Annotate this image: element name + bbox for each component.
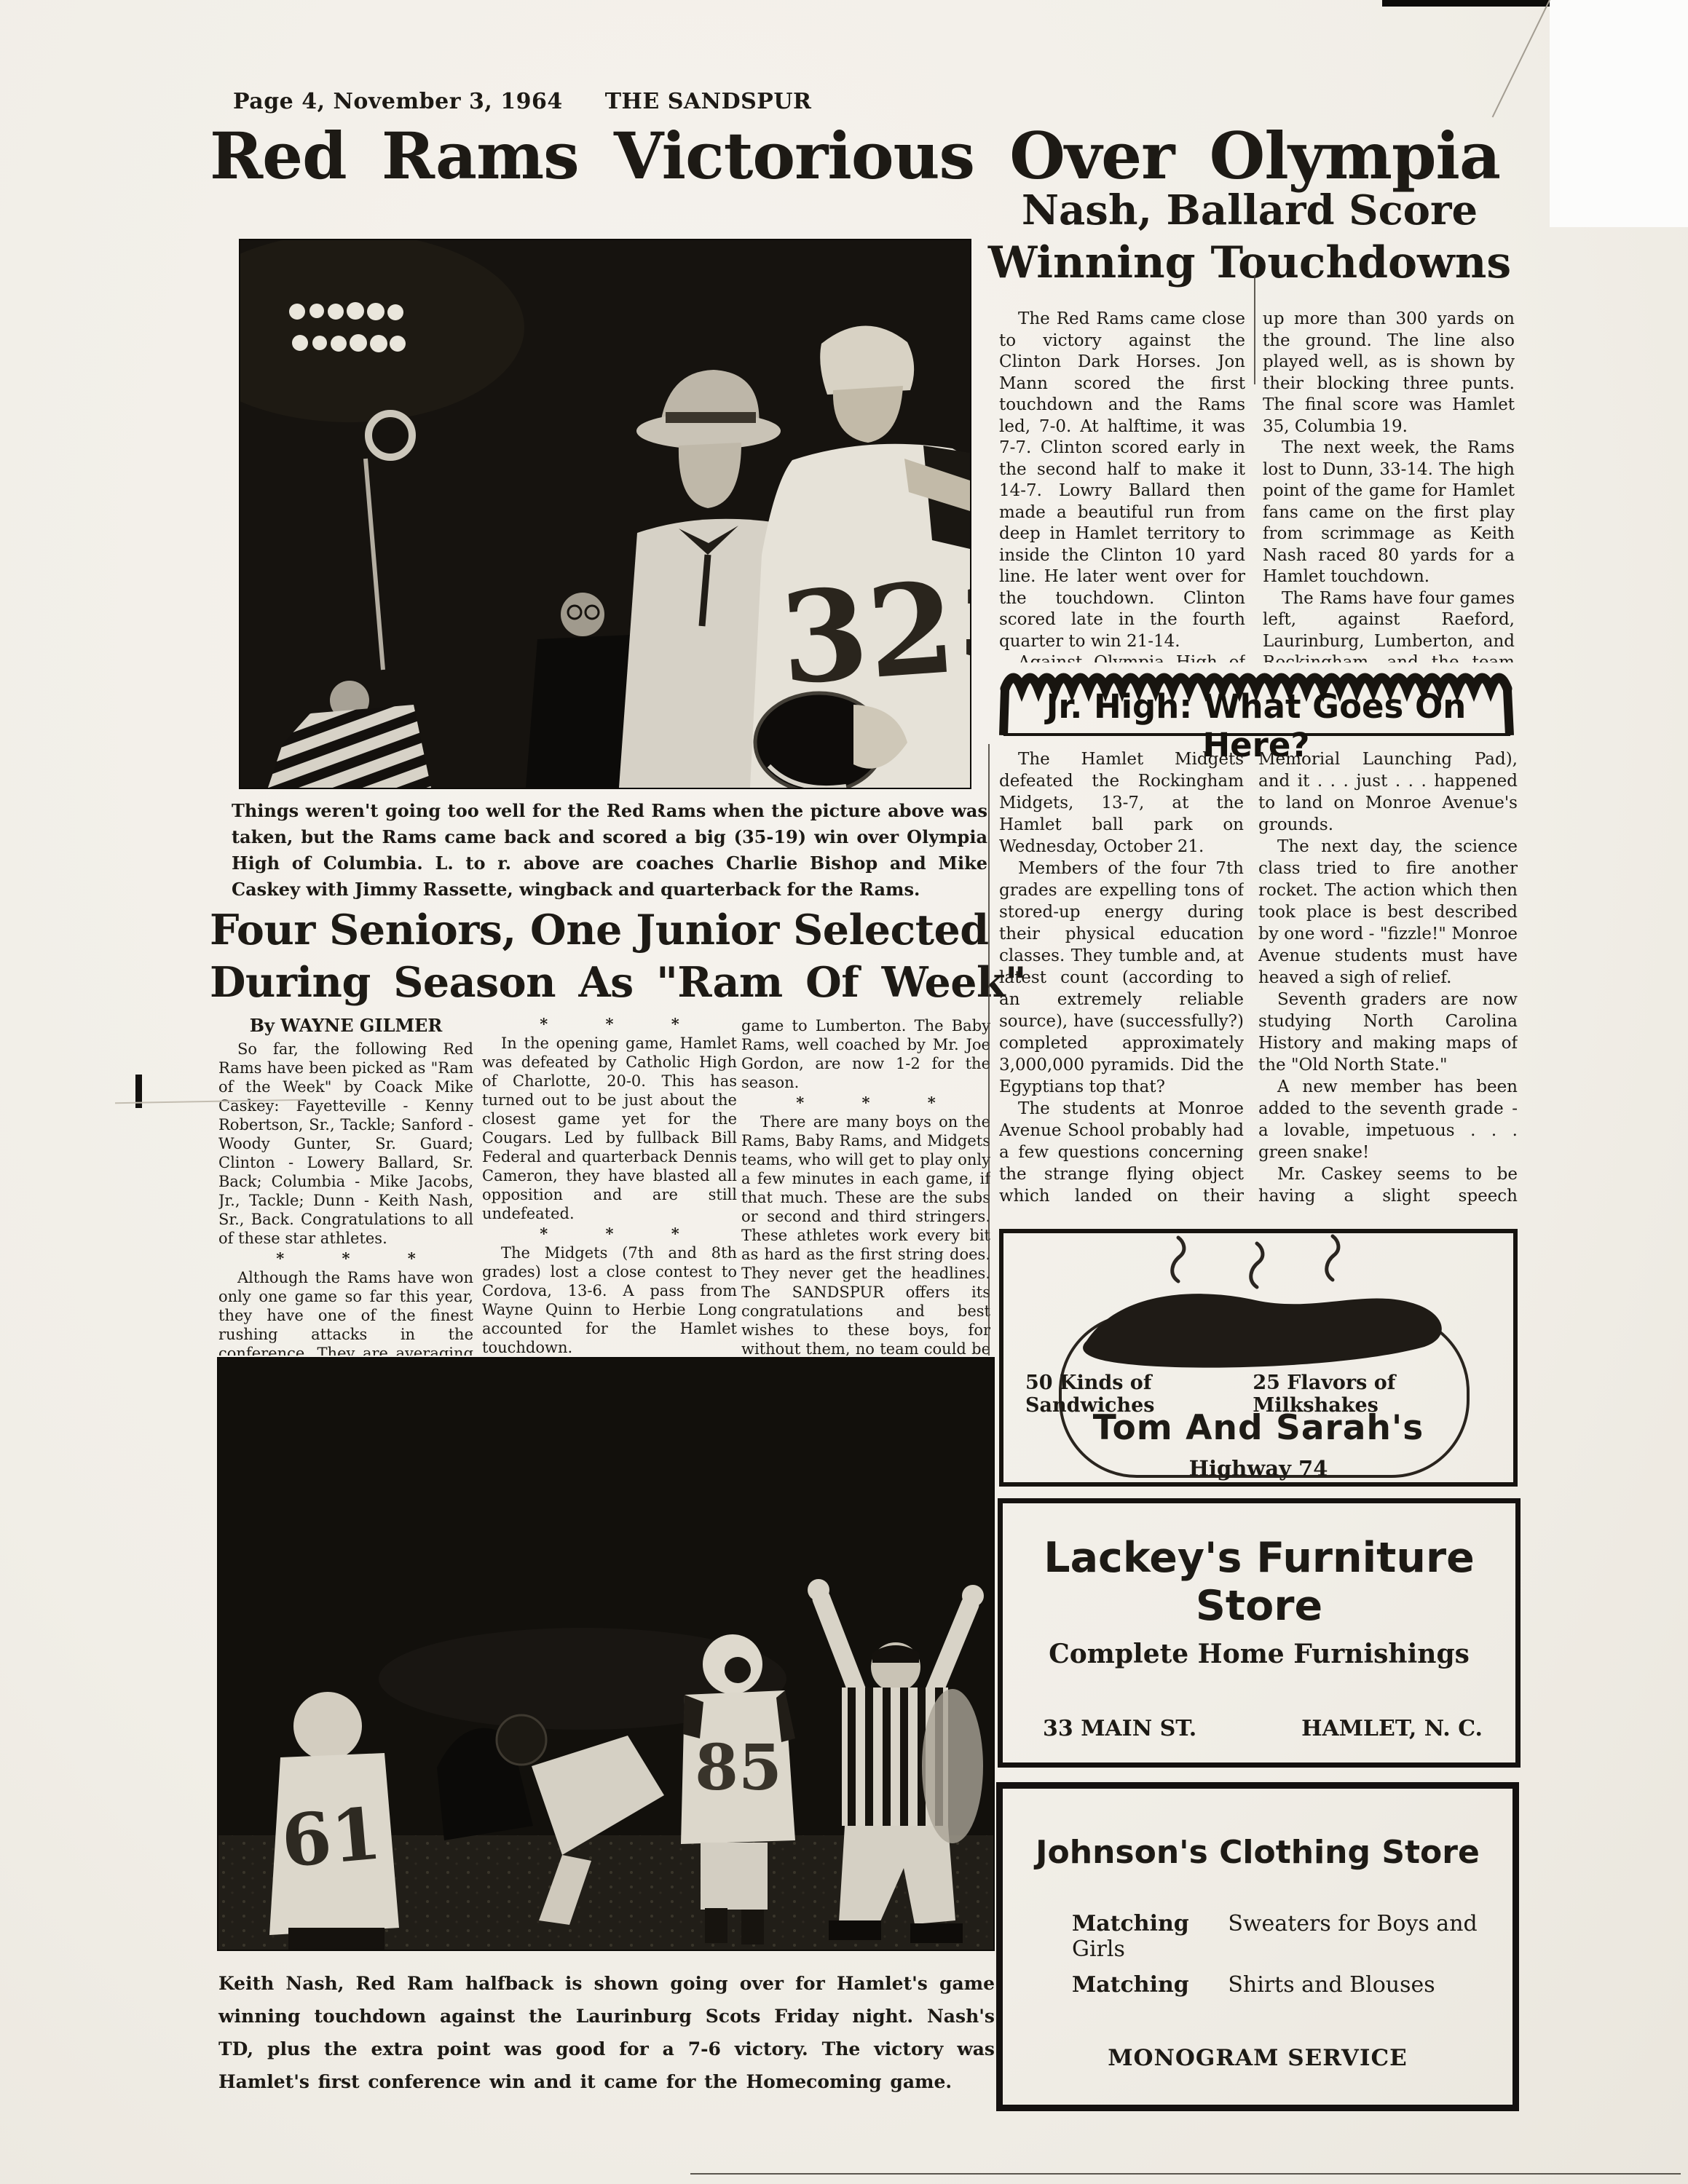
jersey-number-85: 85: [695, 1731, 782, 1805]
jersey-number-32: 32: [776, 553, 960, 713]
paragraph: So far, the following Red Rams have been…: [218, 1040, 473, 1248]
lackeys-ad-tagline: Complete Home Furnishings: [1003, 1639, 1515, 1669]
scan-bottom-line: [690, 2173, 1681, 2175]
jr-high-column-2-text: Memorial Launching Pad), and it . . . ju…: [1258, 748, 1518, 1210]
page-header: Page 4, November 3, 1964THE SANDSPUR: [233, 89, 811, 114]
paragraph: Mr. Caskey seems to be having a slight s…: [1258, 1163, 1518, 1210]
paper-name: THE SANDSPUR: [605, 89, 812, 114]
johnsons-ad-monogram: MONOGRAM SERVICE: [1003, 2045, 1513, 2071]
paragraph: The Rams have four games left, against R…: [1263, 588, 1515, 663]
seniors-column-3: game to Lumberton. The Baby Rams, well c…: [741, 1016, 990, 1356]
top-photo-caption: Things weren't going too well for the Re…: [232, 798, 987, 903]
seniors-column-2: * * *In the opening game, Hamlet was def…: [482, 1013, 737, 1356]
paragraph: The next day, the science class tried to…: [1258, 836, 1518, 989]
paragraph: game to Lumberton. The Baby Rams, well c…: [741, 1016, 990, 1092]
jr-high-column-1: The Hamlet Midgets defeated the Rockingh…: [999, 748, 1244, 1210]
tom-ad-address: Highway 74: [1003, 1456, 1513, 1481]
section-separator: * * *: [482, 1013, 737, 1034]
section-separator: * * *: [482, 1223, 737, 1243]
seniors-column-1-text: So far, the following Red Rams have been…: [218, 1040, 473, 1356]
headline-word: Red: [210, 118, 347, 194]
johnsons-ad-matching-1: Matching: [1072, 1911, 1189, 1936]
scan-edge-mark: [1382, 0, 1557, 7]
byline: By WAYNE GILMER: [218, 1016, 473, 1040]
touchdown-photo: 61 85: [218, 1358, 993, 1950]
paragraph: The Midgets (7th and 8th grades) lost a …: [482, 1243, 737, 1356]
tom-ad-name: Tom And Sarah's: [1003, 1408, 1513, 1448]
jersey-number-61: 61: [278, 1792, 384, 1883]
seniors-column-2-text: * * *In the opening game, Hamlet was def…: [482, 1013, 737, 1356]
column-rule: [1254, 275, 1255, 384]
paragraph: Although the Rams have won only one game…: [218, 1268, 473, 1356]
main-article-column-2-text: up more than 300 yards on the ground. Th…: [1263, 309, 1515, 662]
seniors-column-3-text: game to Lumberton. The Baby Rams, well c…: [741, 1016, 990, 1356]
johnsons-ad-item-2: Shirts and Blouses: [1228, 1972, 1435, 1998]
goalpost-pad-blur: [922, 1689, 983, 1843]
sideline-photo: 32 3: [240, 240, 970, 788]
johnsons-ad-name: Johnson's Clothing Store: [1003, 1834, 1513, 1871]
bottom-photo-caption: Keith Nash, Red Ram halfback is shown go…: [218, 1967, 995, 2098]
main-article-column-1: The Red Rams came close to victory again…: [999, 309, 1245, 662]
section-separator: * * *: [218, 1248, 473, 1268]
lackeys-ad-name: Lackey's Furniture Store: [1003, 1534, 1515, 1630]
jr-high-feature-box: Jr. High: What Goes On Here?: [995, 661, 1518, 738]
lackeys-ad-street: 33 MAIN ST.: [1043, 1716, 1196, 1741]
subheadline-line1: Nash, Ballard Score: [985, 186, 1515, 234]
subheadline-line2: Winning Touchdowns: [985, 237, 1515, 288]
sideline-photo-art: 32 3: [240, 240, 970, 788]
headline-word: Victorious: [614, 118, 974, 194]
seniors-column-1: By WAYNE GILMER So far, the following Re…: [218, 1016, 473, 1356]
jr-high-column-2: Memorial Launching Pad), and it . . . ju…: [1258, 748, 1518, 1210]
page-date-info: Page 4, November 3, 1964: [233, 89, 563, 114]
paragraph: The next week, the Rams lost to Dunn, 33…: [1263, 438, 1515, 588]
section-separator: * * *: [741, 1092, 990, 1112]
paragraph: Memorial Launching Pad), and it . . . ju…: [1258, 748, 1518, 836]
lackeys-furniture-ad: Lackey's Furniture Store Complete Home F…: [998, 1498, 1521, 1768]
tom-and-sarahs-ad: 50 Kinds of Sandwiches 25 Flavors of Mil…: [999, 1229, 1518, 1487]
paragraph: There are many boys on the Rams, Baby Ra…: [741, 1112, 990, 1356]
newspaper-page: Page 4, November 3, 1964THE SANDSPUR Red…: [0, 0, 1688, 2184]
paragraph: The Hamlet Midgets defeated the Rockingh…: [999, 748, 1244, 858]
headline-word: Over: [1009, 118, 1174, 194]
paper-corner-fold: [1550, 0, 1688, 227]
main-article-column-1-text: The Red Rams came close to victory again…: [999, 309, 1245, 662]
johnsons-ad-matching-2: Matching: [1072, 1972, 1189, 1998]
johnsons-clothing-ad: Johnson's Clothing Store Matching Sweate…: [996, 1782, 1519, 2111]
ink-mark: [135, 1075, 142, 1108]
touchdown-photo-art: 61 85: [218, 1358, 993, 1950]
crease-line: [1492, 0, 1551, 117]
seniors-headline-line1: Four Seniors, One Junior Selected: [210, 906, 996, 954]
paragraph: The students at Monroe Avenue School pro…: [999, 1098, 1244, 1210]
headline-word: Rams: [382, 118, 579, 194]
headline-word: Olympia: [1210, 118, 1500, 194]
seniors-headline-line2: During Season As "Ram Of Week": [210, 958, 996, 1007]
main-article-column-2: up more than 300 yards on the ground. Th…: [1263, 309, 1515, 662]
lackeys-ad-city: HAMLET, N. C.: [1301, 1716, 1483, 1741]
paragraph: In the opening game, Hamlet was defeated…: [482, 1034, 737, 1223]
jersey-number-partial: 3: [960, 568, 970, 679]
jr-high-column-1-text: The Hamlet Midgets defeated the Rockingh…: [999, 748, 1244, 1210]
paragraph: Members of the four 7th grades are expel…: [999, 858, 1244, 1098]
paragraph: up more than 300 yards on the ground. Th…: [1263, 309, 1515, 438]
paragraph: The Red Rams came close to victory again…: [999, 309, 1245, 652]
paragraph: A new member has been added to the seven…: [1258, 1076, 1518, 1163]
paragraph: Seventh graders are now studying North C…: [1258, 989, 1518, 1076]
